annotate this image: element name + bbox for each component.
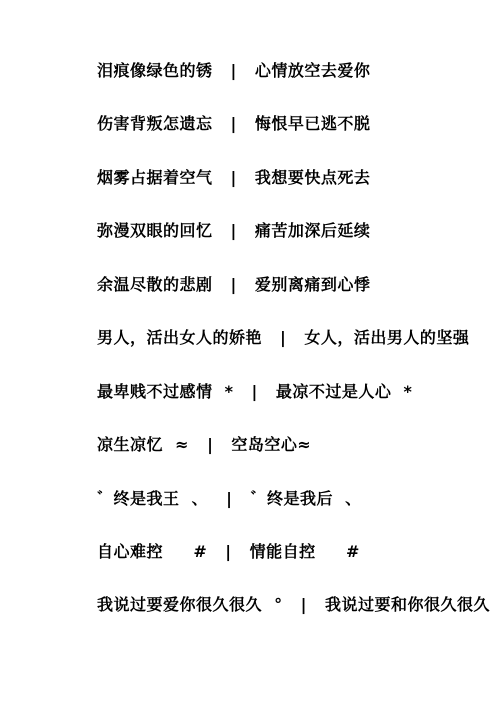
phrase-line: 泪痕像绿色的锈 | 心情放空去爱你 [97,61,500,114]
document-page: 泪痕像绿色的锈 | 心情放空去爱你 伤害背叛怎遗忘 | 悔恨早已逃不脱 烟雾占据… [0,0,500,707]
phrase-line: 烟雾占据着空气 | 我想要快点死去 [97,168,500,221]
phrase-right: ゛终是我后 、 [251,489,362,509]
phrase-left: 余温尽散的悲剧 [97,275,213,295]
phrase-left: 我说过要爱你很久很久 ° [97,595,283,615]
separator: | [213,221,255,241]
separator: | [208,489,250,509]
phrase-right: 爱别离痛到心悸 [255,275,371,295]
separator: | [213,61,255,81]
phrase-right: 我想要快点死去 [255,168,371,188]
phrase-right: 女人，活出男人的坚强 [304,328,469,348]
separator: | [234,382,276,402]
phrase-line: 凉生凉忆 ≈ | 空岛空心≈ [97,435,500,488]
phrase-line: 最卑贱不过感情 * | 最凉不过是人心 * [97,382,500,435]
phrase-left: 自心难控 # [97,542,207,562]
phrase-left: 男人，活出女人的娇艳 [97,328,262,348]
phrase-right: 痛苦加深后延续 [255,221,371,241]
separator: | [207,542,249,562]
phrase-left: 凉生凉忆 ≈ [97,435,189,455]
phrase-left: 泪痕像绿色的锈 [97,61,213,81]
phrase-line: 自心难控 # | 情能自控 # [97,542,500,595]
separator: | [213,114,255,134]
phrase-right: 心情放空去爱你 [255,61,371,81]
phrase-left: 最卑贱不过感情 * [97,382,234,402]
phrase-right: 情能自控 # [250,542,360,562]
phrase-left: 弥漫双眼的回忆 [97,221,213,241]
phrase-list: 泪痕像绿色的锈 | 心情放空去爱你 伤害背叛怎遗忘 | 悔恨早已逃不脱 烟雾占据… [0,0,500,649]
separator: | [283,595,325,615]
separator: | [213,168,255,188]
phrase-line: 余温尽散的悲剧 | 爱别离痛到心悸 [97,275,500,328]
phrase-left: ゛终是我王 、 [97,489,208,509]
phrase-right: 空岛空心≈ [231,435,311,455]
separator: | [189,435,231,455]
separator: | [213,275,255,295]
phrase-line: 男人，活出女人的娇艳 | 女人，活出男人的坚强 [97,328,500,381]
phrase-right: 悔恨早已逃不脱 [255,114,371,134]
phrase-right: 最凉不过是人心 * [276,382,413,402]
phrase-left: 烟雾占据着空气 [97,168,213,188]
phrase-left: 伤害背叛怎遗忘 [97,114,213,134]
phrase-right: 我说过要和你很久很久 [325,595,490,615]
phrase-line: 我说过要爱你很久很久 ° | 我说过要和你很久很久 [97,595,500,648]
phrase-line: 弥漫双眼的回忆 | 痛苦加深后延续 [97,221,500,274]
separator: | [262,328,304,348]
phrase-line: ゛终是我王 、 | ゛终是我后 、 [97,489,500,542]
phrase-line: 伤害背叛怎遗忘 | 悔恨早已逃不脱 [97,114,500,167]
